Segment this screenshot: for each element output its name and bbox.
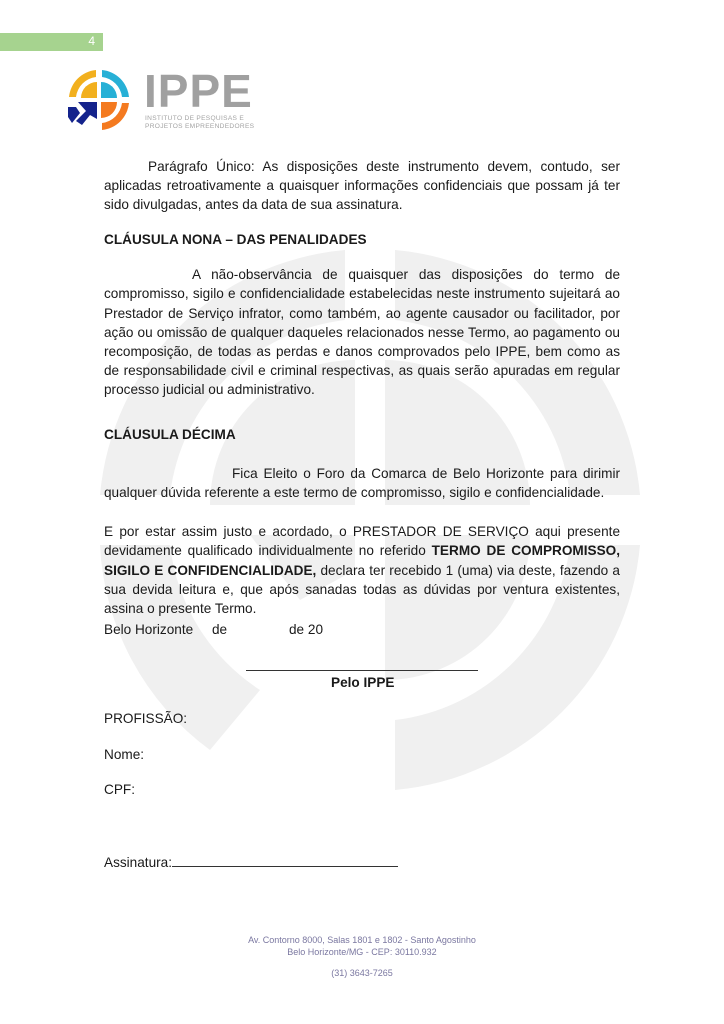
profissao-label: PROFISSÃO: [104, 711, 187, 726]
footer-address-2: Belo Horizonte/MG - CEP: 30110.932 [0, 947, 724, 957]
brand-name: IPPE [144, 64, 253, 118]
footer-address-1: Av. Contorno 8000, Salas 1801 e 1802 - S… [0, 935, 724, 945]
brand-subtitle-line2: PROJETOS EMPREENDEDORES [145, 123, 265, 131]
brand-subtitle: INSTITUTO DE PESQUISAS E PROJETOS EMPREE… [145, 115, 265, 131]
closing-paragraph: E por estar assim justo e acordado, o PR… [104, 522, 620, 617]
date-city: Belo Horizonte [104, 622, 193, 637]
brand-subtitle-line1: INSTITUTO DE PESQUISAS E [145, 115, 265, 123]
assinatura-label: Assinatura: [104, 855, 172, 870]
clausula-decima-heading: CLÁUSULA DÉCIMA [104, 425, 620, 444]
assinatura-field: Assinatura: [104, 853, 398, 870]
clausula-nona-text: A não-observância de quaisquer das dispo… [104, 265, 620, 399]
ippe-signature-line [246, 670, 478, 671]
ippe-logo-icon [66, 67, 132, 133]
clausula-nona-heading: CLÁUSULA NONA – DAS PENALIDADES [104, 230, 620, 249]
nome-label: Nome: [104, 747, 144, 762]
ippe-logo: IPPE INSTITUTO DE PESQUISAS E PROJETOS E… [66, 67, 256, 133]
footer-phone: (31) 3643-7265 [0, 968, 724, 978]
page-number: 4 [88, 34, 95, 48]
date-de-20: de 20 [289, 622, 323, 637]
pelo-ippe-label: Pelo IPPE [331, 675, 394, 690]
date-de: de [212, 622, 227, 637]
page-number-tab: 4 [0, 33, 103, 51]
document-body: Parágrafo Único: As disposições deste in… [104, 157, 620, 618]
cpf-label: CPF: [104, 782, 135, 797]
paragrafo-unico: Parágrafo Único: As disposições deste in… [104, 157, 620, 214]
clausula-decima-text: Fica Eleito o Foro da Comarca de Belo Ho… [104, 464, 620, 502]
assinatura-line [172, 853, 398, 867]
